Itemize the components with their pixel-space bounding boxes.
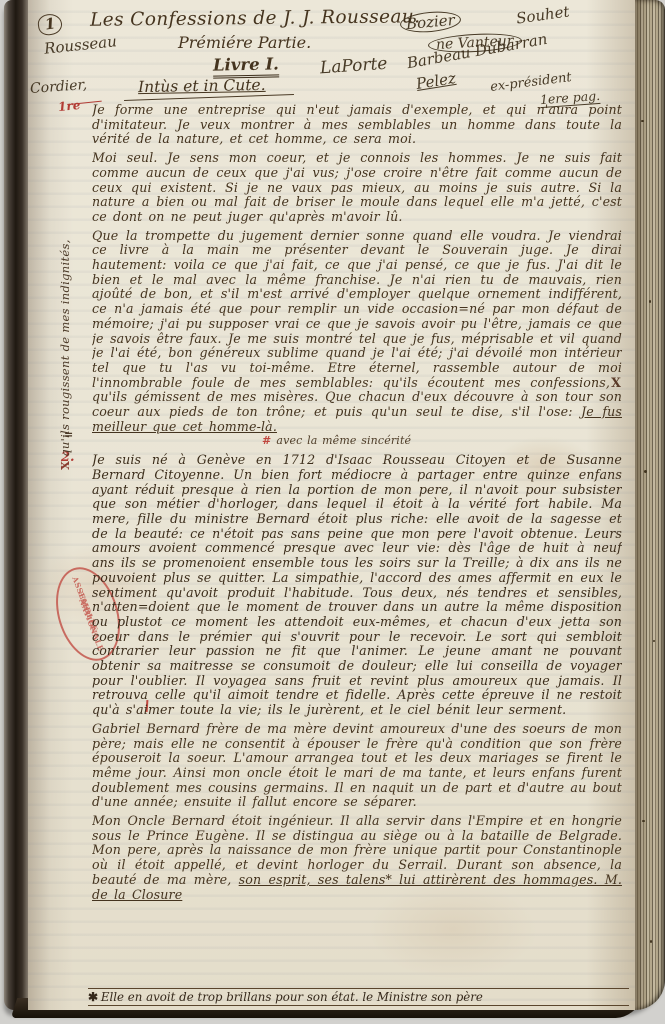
- annotation-cordier: Cordier,: [30, 77, 88, 97]
- vertical-margin-note: X qu'ils rougissent de mes indignités,: [58, 202, 72, 470]
- interline-note: #avec la même sincérité: [92, 434, 622, 449]
- page-title: Les Confessions de J. J. Rousseau.: [90, 6, 421, 30]
- paragraph-4: Je suis né à Genève en 1712 d'Isaac Rous…: [92, 453, 622, 718]
- annotation-rousseau: Rousseau: [43, 32, 117, 58]
- motto-text: Intùs et in Cute.: [138, 76, 266, 96]
- annotation-pelez: Pelez: [415, 69, 457, 93]
- vertical-note-text: qu'ils rougissent de mes indignités,: [58, 239, 72, 456]
- paragraph-4-text: Je suis né à Genève en 1712 d'Isaac Rous…: [92, 452, 622, 717]
- paragraph-1: Je forme une entreprise qui n'eut jamais…: [92, 103, 622, 147]
- paragraph-1-text: Je forme une entreprise qui n'eut jamais…: [92, 103, 622, 146]
- page-number: 1: [37, 12, 64, 36]
- book-title: Livre I.: [213, 54, 279, 78]
- page-header: 1 Les Confessions de J. J. Rousseau. Pré…: [28, 0, 635, 102]
- edge-speck: [653, 640, 655, 642]
- paragraph-2: 2. Moi seul. Je sens mon coeur, et je co…: [92, 151, 622, 225]
- edge-speck: [644, 470, 647, 473]
- margin-red-number-1: 1re: [57, 98, 81, 114]
- manuscript-body: Je forme une entreprise qui n'eut jamais…: [92, 103, 622, 984]
- paragraph-5: 2. Gabriel Bernard frère de ma mère devi…: [92, 722, 622, 810]
- edge-speck: [649, 300, 651, 303]
- footnote-text: Elle en avoit de trop brillans pour son …: [101, 990, 483, 1004]
- paragraph-3-text-b: qu'ils gémissent de mes misères. Que cha…: [92, 389, 622, 419]
- fore-edge-page-stack: [635, 0, 665, 1010]
- footnote-star-mark: ✱: [88, 990, 98, 1004]
- footnote-line: ✱Elle en avoit de trop brillans pour son…: [88, 988, 629, 1006]
- annotation-souhet: Souhet: [515, 2, 571, 27]
- vertical-note-caret: X: [58, 461, 72, 470]
- part-title: Prémiére Partie.: [178, 33, 311, 52]
- insertion-caret-x: X: [610, 375, 622, 390]
- paragraph-3: 3. Que la trompette du jugement dernier …: [92, 229, 622, 450]
- note-hash-mark: #: [262, 434, 271, 447]
- book-spine: [4, 0, 30, 1010]
- edge-speck: [642, 820, 645, 822]
- manuscript-photo: { "header": { "page_number": "1", "title…: [0, 0, 665, 1024]
- paragraph-3-text-a: Que la trompette du jugement dernier son…: [92, 228, 622, 390]
- paragraph-2-text: Moi seul. Je sens mon coeur, et je conno…: [92, 150, 622, 224]
- edge-speck: [641, 120, 644, 122]
- manuscript-page: 1 Les Confessions de J. J. Rousseau. Pré…: [28, 0, 635, 1010]
- paragraph-5-text: Gabriel Bernard frère de ma mère devint …: [92, 721, 622, 810]
- book-volume: 1 Les Confessions de J. J. Rousseau. Pré…: [4, 0, 665, 1010]
- paragraph-6: 3. Mon Oncle Bernard étoit ingénieur. Il…: [92, 814, 622, 902]
- annotation-laporte: LaPorte: [319, 54, 388, 79]
- edge-speck: [650, 940, 652, 943]
- note-text: avec la même sincérité: [276, 434, 411, 447]
